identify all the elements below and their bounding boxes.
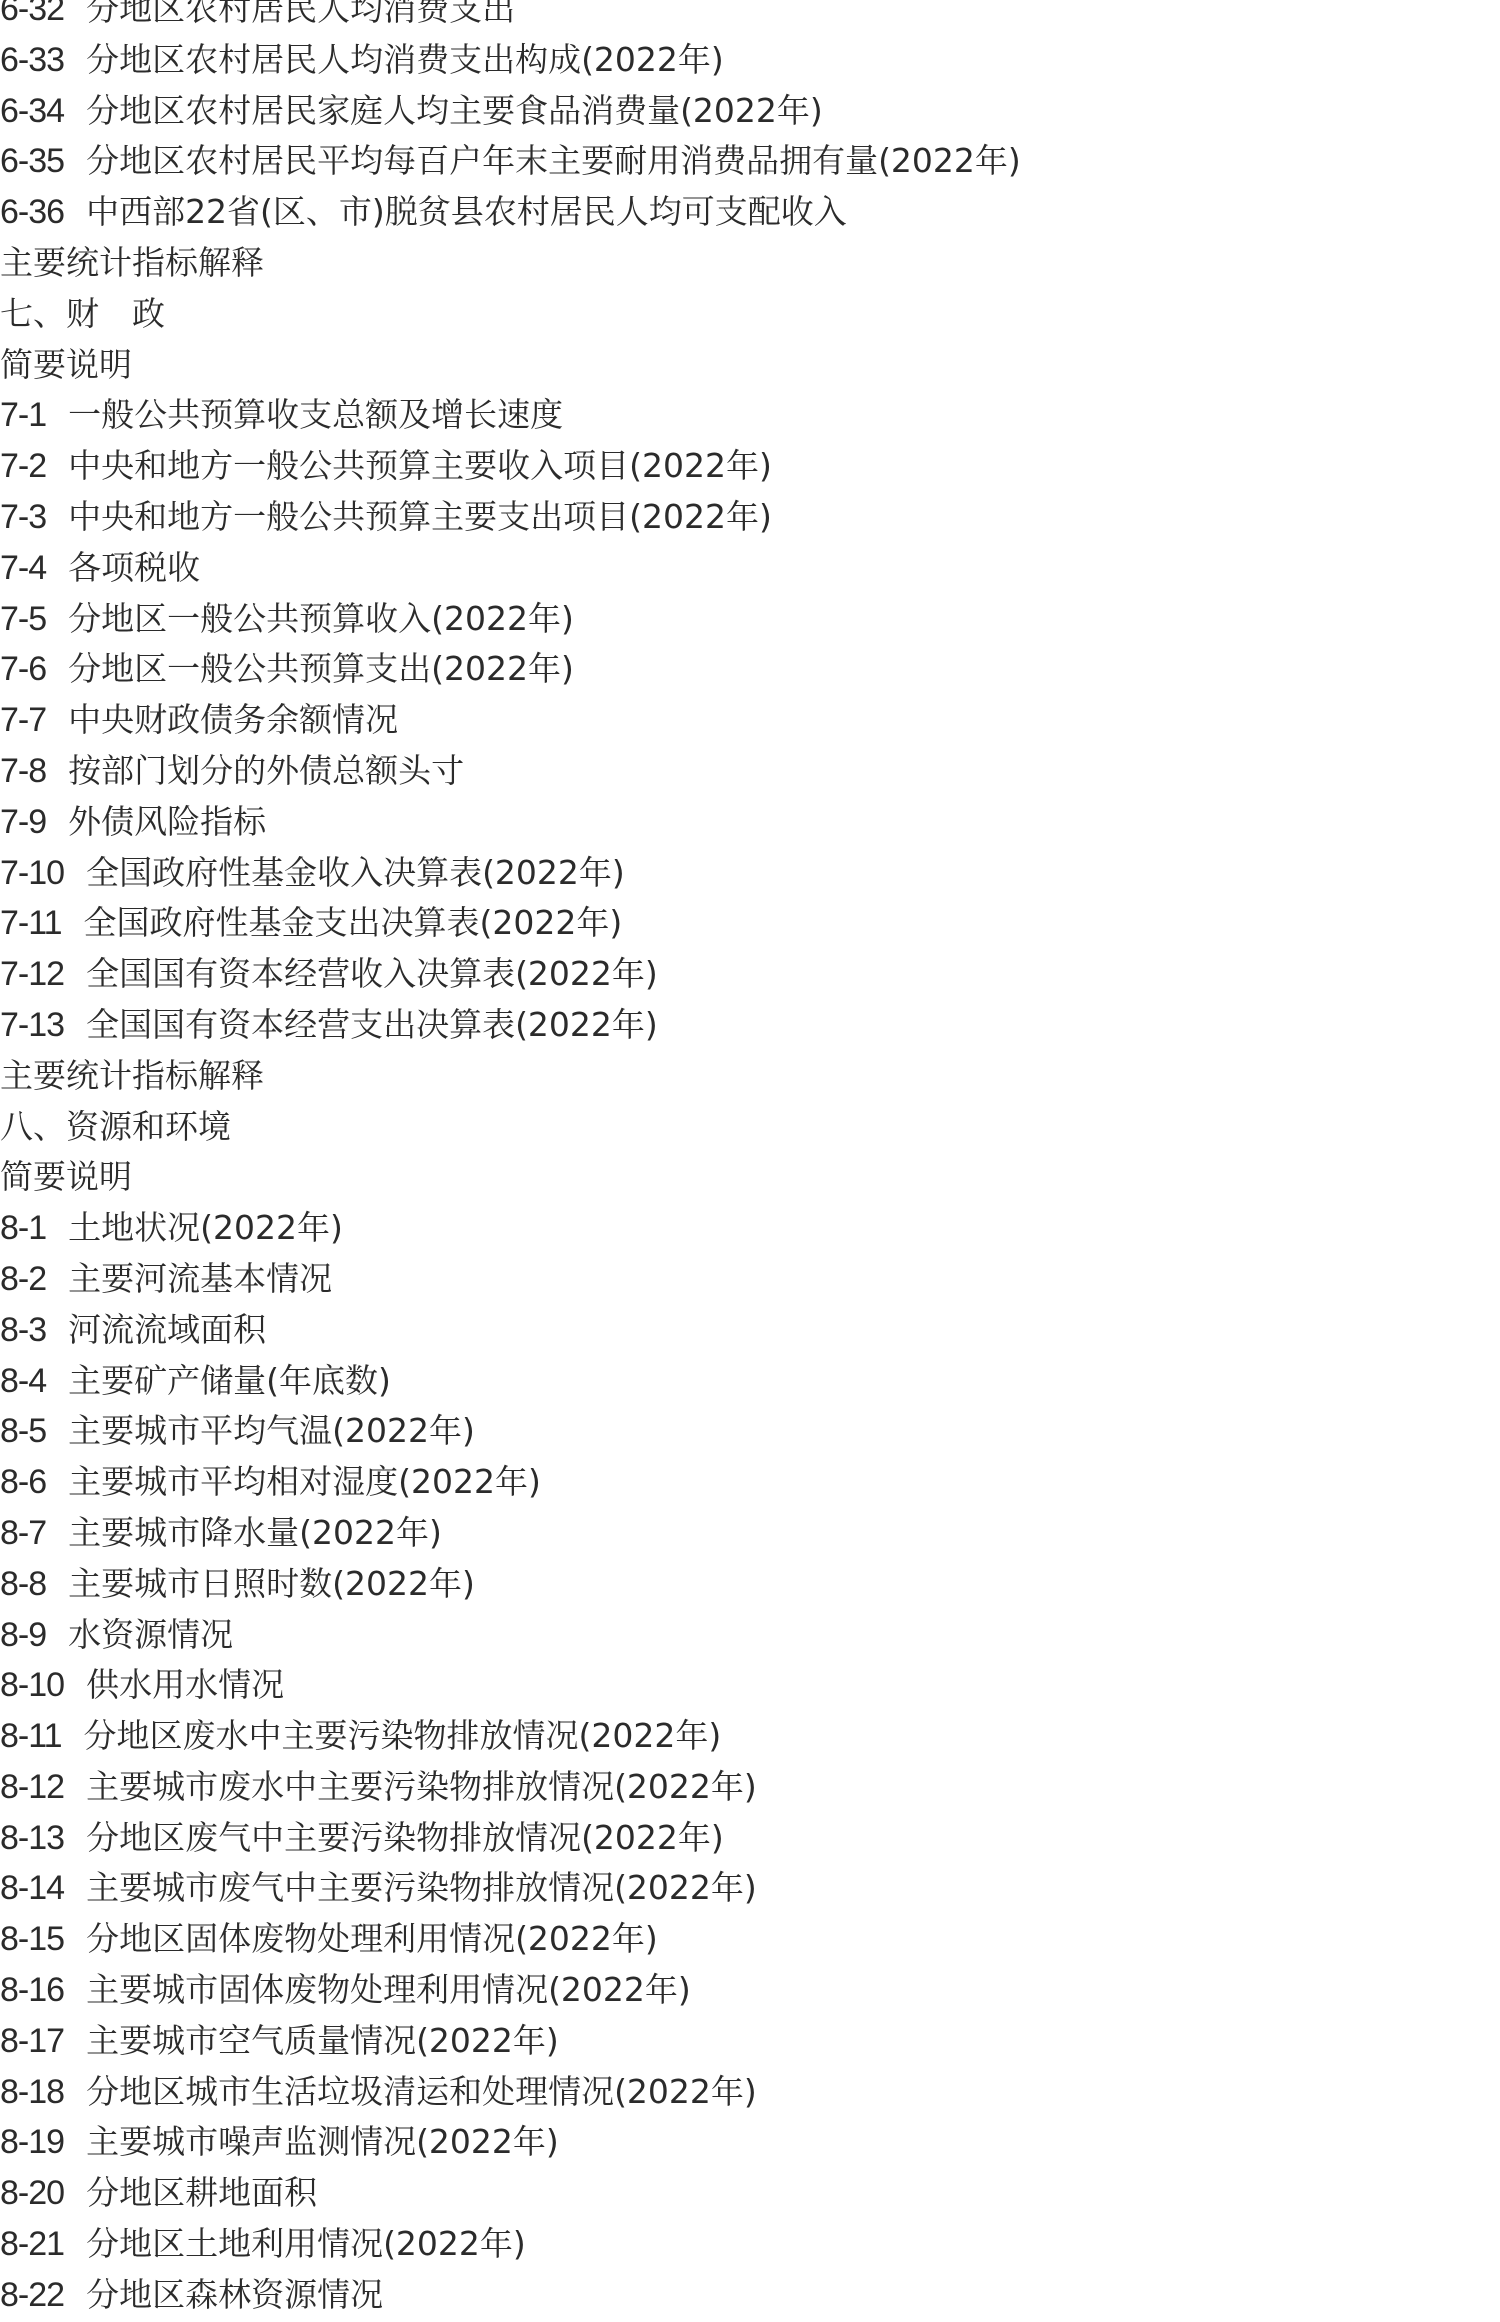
toc-entry-title: 中西部22省(区、市)脱贫县农村居民人均可支配收入 <box>86 187 847 238</box>
toc-entry-number: 8-4 <box>0 1356 46 1407</box>
toc-entry-title: 分地区一般公共预算收入(2022年) <box>68 594 574 645</box>
toc-entry-number: 7-8 <box>0 746 46 797</box>
toc-entry[interactable]: 8-2主要河流基本情况 <box>0 1254 1021 1305</box>
toc-entry-number: 8-2 <box>0 1254 46 1305</box>
toc-entry[interactable]: 7-5分地区一般公共预算收入(2022年) <box>0 594 1021 645</box>
toc-entry-number: 7-9 <box>0 797 46 848</box>
toc-entry-number: 8-19 <box>0 2117 64 2168</box>
toc-entry-title: 主要矿产储量(年底数) <box>68 1356 391 1407</box>
toc-entry-number: 7-1 <box>0 390 46 441</box>
toc-entry[interactable]: 8-10供水用水情况 <box>0 1660 1021 1711</box>
toc-entry[interactable]: 7-1一般公共预算收支总额及增长速度 <box>0 390 1021 441</box>
toc-entry-number: 8-13 <box>0 1813 64 1864</box>
toc-entry-title: 分地区废水中主要污染物排放情况(2022年) <box>84 1711 722 1762</box>
toc-entry-number: 6-36 <box>0 187 64 238</box>
toc-entry-title: 分地区废气中主要污染物排放情况(2022年) <box>86 1813 724 1864</box>
toc-entry[interactable]: 8-22分地区森林资源情况 <box>0 2270 1021 2321</box>
toc-entry[interactable]: 7-13全国国有资本经营支出决算表(2022年) <box>0 1000 1021 1051</box>
toc-entry-title: 外债风险指标 <box>68 797 266 848</box>
toc-entry-number: 7-10 <box>0 848 64 899</box>
toc-entry-number: 8-5 <box>0 1406 46 1457</box>
toc-entry[interactable]: 7-12全国国有资本经营收入决算表(2022年) <box>0 949 1021 1000</box>
toc-entry-title: 主要城市废气中主要污染物排放情况(2022年) <box>86 1863 757 1914</box>
toc-entry[interactable]: 8-6主要城市平均相对湿度(2022年) <box>0 1457 1021 1508</box>
toc-entry[interactable]: 7-10全国政府性基金收入决算表(2022年) <box>0 848 1021 899</box>
toc-entry-title: 土地状况(2022年) <box>68 1203 343 1254</box>
toc-entry-number: 7-13 <box>0 1000 64 1051</box>
toc-entry-title: 分地区农村居民人均消费支出 <box>86 0 515 35</box>
toc-entry-title: 河流流域面积 <box>68 1305 266 1356</box>
toc-entry-title: 一般公共预算收支总额及增长速度 <box>68 390 563 441</box>
toc-entry[interactable]: 8-4主要矿产储量(年底数) <box>0 1356 1021 1407</box>
toc-entry-number: 8-22 <box>0 2270 64 2321</box>
toc-entry-title: 分地区农村居民家庭人均主要食品消费量(2022年) <box>86 86 823 137</box>
toc-entry-number: 6-33 <box>0 35 64 86</box>
table-of-contents: 6-32分地区农村居民人均消费支出6-33分地区农村居民人均消费支出构成(202… <box>0 0 1021 2321</box>
toc-entry[interactable]: 8-3河流流域面积 <box>0 1305 1021 1356</box>
toc-entry-number: 7-5 <box>0 594 46 645</box>
toc-entry-number: 8-11 <box>0 1711 62 1762</box>
toc-entry-title: 分地区城市生活垃圾清运和处理情况(2022年) <box>86 2067 757 2118</box>
toc-entry-title: 水资源情况 <box>68 1610 233 1661</box>
toc-entry[interactable]: 8-18分地区城市生活垃圾清运和处理情况(2022年) <box>0 2067 1021 2118</box>
toc-entry-title: 全国政府性基金支出决算表(2022年) <box>84 898 623 949</box>
toc-entry-number: 7-11 <box>0 898 62 949</box>
toc-entry-number: 8-21 <box>0 2219 64 2270</box>
toc-entry-title: 主要城市日照时数(2022年) <box>68 1559 475 1610</box>
toc-entry-title: 分地区农村居民人均消费支出构成(2022年) <box>86 35 724 86</box>
toc-entry-title: 分地区一般公共预算支出(2022年) <box>68 644 574 695</box>
toc-entry-number: 8-17 <box>0 2016 64 2067</box>
toc-entry-title: 主要城市平均气温(2022年) <box>68 1406 475 1457</box>
toc-entry-number: 7-7 <box>0 695 46 746</box>
toc-entry[interactable]: 7-8按部门划分的外债总额头寸 <box>0 746 1021 797</box>
toc-entry-number: 6-32 <box>0 0 64 35</box>
toc-section-heading[interactable]: 八、资源和环境 <box>0 1102 1021 1153</box>
toc-entry[interactable]: 8-7主要城市降水量(2022年) <box>0 1508 1021 1559</box>
toc-entry-number: 6-34 <box>0 86 64 137</box>
toc-entry-title: 中央和地方一般公共预算主要支出项目(2022年) <box>68 492 772 543</box>
toc-entry-title: 供水用水情况 <box>86 1660 284 1711</box>
toc-entry[interactable]: 7-7中央财政债务余额情况 <box>0 695 1021 746</box>
toc-entry[interactable]: 8-16主要城市固体废物处理利用情况(2022年) <box>0 1965 1021 2016</box>
toc-entry[interactable]: 6-34分地区农村居民家庭人均主要食品消费量(2022年) <box>0 86 1021 137</box>
toc-entry[interactable]: 8-17主要城市空气质量情况(2022年) <box>0 2016 1021 2067</box>
toc-entry[interactable]: 6-32分地区农村居民人均消费支出 <box>0 0 1021 35</box>
toc-entry[interactable]: 7-11全国政府性基金支出决算表(2022年) <box>0 898 1021 949</box>
toc-entry-title: 主要城市空气质量情况(2022年) <box>86 2016 559 2067</box>
toc-heading-text: 简要说明 <box>0 1152 132 1203</box>
toc-entry[interactable]: 7-9外债风险指标 <box>0 797 1021 848</box>
toc-heading-text: 主要统计指标解释 <box>0 238 264 289</box>
toc-entry-title: 主要河流基本情况 <box>68 1254 332 1305</box>
toc-entry-title: 按部门划分的外债总额头寸 <box>68 746 464 797</box>
toc-entry-number: 7-2 <box>0 441 46 492</box>
toc-entry-number: 8-1 <box>0 1203 46 1254</box>
toc-entry-title: 主要城市固体废物处理利用情况(2022年) <box>86 1965 691 2016</box>
toc-entry-number: 7-12 <box>0 949 64 1000</box>
toc-entry[interactable]: 8-15分地区固体废物处理利用情况(2022年) <box>0 1914 1021 1965</box>
toc-entry[interactable]: 6-33分地区农村居民人均消费支出构成(2022年) <box>0 35 1021 86</box>
toc-heading-text: 简要说明 <box>0 340 132 391</box>
toc-section-heading[interactable]: 主要统计指标解释 <box>0 238 1021 289</box>
toc-entry-title: 主要城市平均相对湿度(2022年) <box>68 1457 541 1508</box>
toc-entry[interactable]: 8-12主要城市废水中主要污染物排放情况(2022年) <box>0 1762 1021 1813</box>
toc-entry-title: 中央财政债务余额情况 <box>68 695 398 746</box>
toc-section-heading[interactable]: 简要说明 <box>0 1152 1021 1203</box>
toc-entry-title: 全国政府性基金收入决算表(2022年) <box>86 848 625 899</box>
toc-entry-number: 8-16 <box>0 1965 64 2016</box>
toc-entry-number: 8-10 <box>0 1660 64 1711</box>
toc-entry-number: 7-6 <box>0 644 46 695</box>
toc-entry-number: 8-9 <box>0 1610 46 1661</box>
toc-entry[interactable]: 7-4各项税收 <box>0 543 1021 594</box>
toc-entry-title: 分地区固体废物处理利用情况(2022年) <box>86 1914 658 1965</box>
toc-heading-text: 七、财 政 <box>0 289 165 340</box>
toc-entry-number: 8-12 <box>0 1762 64 1813</box>
toc-entry[interactable]: 6-36中西部22省(区、市)脱贫县农村居民人均可支配收入 <box>0 187 1021 238</box>
toc-section-heading[interactable]: 简要说明 <box>0 340 1021 391</box>
toc-entry-number: 7-4 <box>0 543 46 594</box>
toc-entry[interactable]: 8-21分地区土地利用情况(2022年) <box>0 2219 1021 2270</box>
toc-section-heading[interactable]: 七、财 政 <box>0 289 1021 340</box>
toc-entry[interactable]: 8-1土地状况(2022年) <box>0 1203 1021 1254</box>
toc-entry-number: 8-6 <box>0 1457 46 1508</box>
toc-entry-title: 各项税收 <box>68 543 200 594</box>
toc-heading-text: 主要统计指标解释 <box>0 1051 264 1102</box>
toc-entry[interactable]: 8-5主要城市平均气温(2022年) <box>0 1406 1021 1457</box>
toc-entry[interactable]: 8-20分地区耕地面积 <box>0 2168 1021 2219</box>
toc-entry[interactable]: 7-2中央和地方一般公共预算主要收入项目(2022年) <box>0 441 1021 492</box>
toc-entry-title: 主要城市废水中主要污染物排放情况(2022年) <box>86 1762 757 1813</box>
toc-entry[interactable]: 6-35分地区农村居民平均每百户年末主要耐用消费品拥有量(2022年) <box>0 136 1021 187</box>
toc-entry[interactable]: 7-3中央和地方一般公共预算主要支出项目(2022年) <box>0 492 1021 543</box>
toc-entry-title: 全国国有资本经营支出决算表(2022年) <box>86 1000 658 1051</box>
toc-entry[interactable]: 8-11分地区废水中主要污染物排放情况(2022年) <box>0 1711 1021 1762</box>
toc-entry-title: 中央和地方一般公共预算主要收入项目(2022年) <box>68 441 772 492</box>
toc-entry-number: 8-3 <box>0 1305 46 1356</box>
toc-entry-title: 分地区森林资源情况 <box>86 2270 383 2321</box>
toc-entry-title: 分地区农村居民平均每百户年末主要耐用消费品拥有量(2022年) <box>86 136 1021 187</box>
toc-entry-title: 主要城市降水量(2022年) <box>68 1508 442 1559</box>
toc-entry-number: 8-15 <box>0 1914 64 1965</box>
toc-entry-number: 8-14 <box>0 1863 64 1914</box>
toc-entry[interactable]: 8-9水资源情况 <box>0 1610 1021 1661</box>
toc-entry[interactable]: 8-14主要城市废气中主要污染物排放情况(2022年) <box>0 1863 1021 1914</box>
toc-entry-number: 8-18 <box>0 2067 64 2118</box>
toc-heading-text: 八、资源和环境 <box>0 1102 231 1153</box>
toc-section-heading[interactable]: 主要统计指标解释 <box>0 1051 1021 1102</box>
toc-entry[interactable]: 7-6分地区一般公共预算支出(2022年) <box>0 644 1021 695</box>
toc-entry[interactable]: 8-8主要城市日照时数(2022年) <box>0 1559 1021 1610</box>
toc-entry-number: 8-7 <box>0 1508 46 1559</box>
toc-entry-number: 8-20 <box>0 2168 64 2219</box>
toc-entry-title: 全国国有资本经营收入决算表(2022年) <box>86 949 658 1000</box>
toc-entry-number: 8-8 <box>0 1559 46 1610</box>
toc-entry-title: 分地区土地利用情况(2022年) <box>86 2219 526 2270</box>
toc-entry-title: 主要城市噪声监测情况(2022年) <box>86 2117 559 2168</box>
toc-entry[interactable]: 8-13分地区废气中主要污染物排放情况(2022年) <box>0 1813 1021 1864</box>
toc-entry[interactable]: 8-19主要城市噪声监测情况(2022年) <box>0 2117 1021 2168</box>
toc-entry-number: 7-3 <box>0 492 46 543</box>
toc-entry-title: 分地区耕地面积 <box>86 2168 317 2219</box>
toc-entry-number: 6-35 <box>0 136 64 187</box>
